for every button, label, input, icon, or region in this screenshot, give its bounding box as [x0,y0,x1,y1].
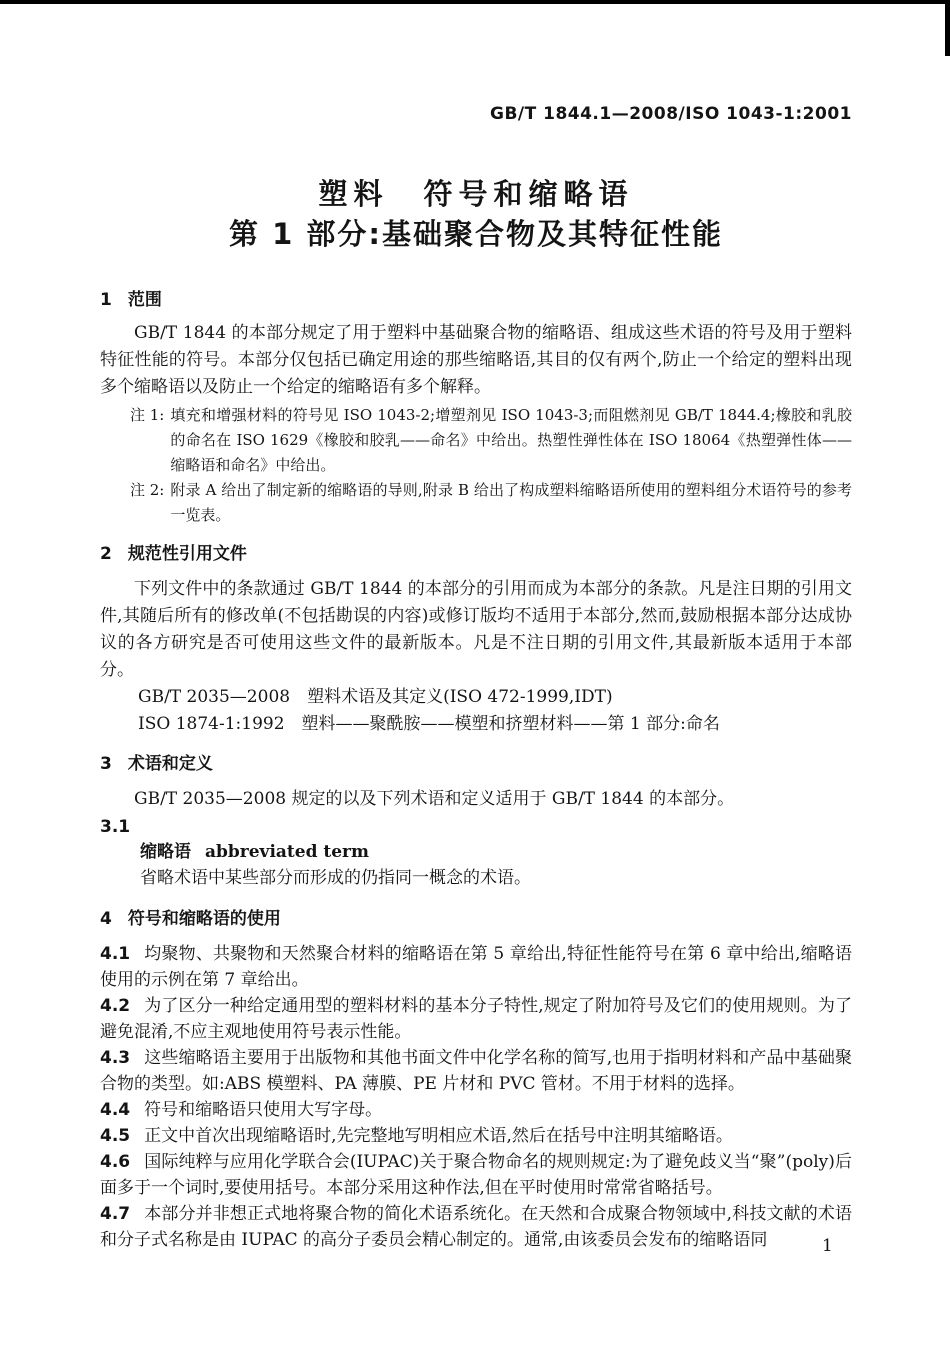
section-2-paragraph: 下列文件中的条款通过 GB/T 1844 的本部分的引用而成为本部分的条款。凡是… [100,576,852,684]
clause-4-3: 4.3这些缩略语主要用于出版物和其他书面文件中化学名称的简写,也用于指明材料和产… [100,1045,852,1097]
clause-4-7: 4.7本部分并非想正式地将聚合物的简化术语系统化。在天然和合成聚合物领域中,科技… [100,1201,852,1253]
note-1-label: 注 1: [130,403,164,478]
clause-3-1-number: 3.1 [100,815,852,840]
title-line-1: 塑料 符号和缩略语 [100,174,852,214]
clause-4-6-number: 4.6 [100,1152,130,1172]
clause-4-1-number: 4.1 [100,944,130,964]
note-2-text: 附录 A 给出了制定新的缩略语的导则,附录 B 给出了构成塑料缩略语所使用的塑料… [170,478,852,528]
clause-4-6-text: 国际纯粹与应用化学联合会(IUPAC)关于聚合物命名的规则规定:为了避免歧义当“… [100,1152,852,1198]
section-1-title: 范围 [128,290,162,310]
term-definition-text: 省略术语中某些部分而形成的仍指同一概念的术语。 [140,865,852,891]
section-4-title: 符号和缩略语的使用 [128,909,281,929]
clause-4-5-text: 正文中首次出现缩略语时,先完整地写明相应术语,然后在括号中注明其缩略语。 [144,1126,733,1146]
note-1: 注 1: 填充和增强材料的符号见 ISO 1043-2;增塑剂见 ISO 104… [130,403,852,478]
section-1-paragraph: GB/T 1844 的本部分规定了用于塑料中基础聚合物的缩略语、组成这些术语的符… [100,320,852,401]
clause-4-4: 4.4符号和缩略语只使用大写字母。 [100,1097,852,1123]
section-2-number: 2 [100,544,112,564]
clause-4-5: 4.5正文中首次出现缩略语时,先完整地写明相应术语,然后在括号中注明其缩略语。 [100,1123,852,1149]
clause-4-7-text: 本部分并非想正式地将聚合物的简化术语系统化。在天然和合成聚合物领域中,科技文献的… [100,1204,852,1250]
section-4-number: 4 [100,909,112,929]
term-english: abbreviated term [205,842,369,862]
section-1-number: 1 [100,290,112,310]
clause-4-2-text: 为了区分一种给定通用型的塑料材料的基本分子特性,规定了附加符号及它们的使用规则。… [100,996,852,1042]
standard-code: GB/T 1844.1—2008/ISO 1043-1:2001 [100,104,852,124]
clause-4-2: 4.2为了区分一种给定通用型的塑料材料的基本分子特性,规定了附加符号及它们的使用… [100,993,852,1045]
note-2-label: 注 2: [130,478,164,528]
clause-4-4-number: 4.4 [100,1100,130,1120]
reference-2: ISO 1874-1:1992 塑料——聚酰胺——模塑和挤塑材料——第 1 部分… [138,711,852,738]
clause-4-1-text: 均聚物、共聚物和天然聚合材料的缩略语在第 5 章给出,特征性能符号在第 6 章中… [100,944,852,990]
term-definition-heading: 缩略语abbreviated term [140,840,852,865]
page-number: 1 [822,1236,833,1256]
clause-4-6: 4.6国际纯粹与应用化学联合会(IUPAC)关于聚合物命名的规则规定:为了避免歧… [100,1149,852,1201]
section-2-heading: 2规范性引用文件 [100,544,852,564]
term-chinese: 缩略语 [140,842,191,862]
note-2: 注 2: 附录 A 给出了制定新的缩略语的导则,附录 B 给出了构成塑料缩略语所… [130,478,852,528]
title-line-2: 第 1 部分:基础聚合物及其特征性能 [100,214,852,254]
page-content: GB/T 1844.1—2008/ISO 1043-1:2001 塑料 符号和缩… [100,4,852,1253]
clause-4-5-number: 4.5 [100,1126,130,1146]
section-1-heading: 1范围 [100,290,852,310]
section-3-number: 3 [100,754,112,774]
clause-4-3-text: 这些缩略语主要用于出版物和其他书面文件中化学名称的简写,也用于指明材料和产品中基… [100,1048,852,1094]
reference-1: GB/T 2035—2008 塑料术语及其定义(ISO 472-1999,IDT… [138,684,852,711]
clause-4-7-number: 4.7 [100,1204,130,1224]
section-2-title: 规范性引用文件 [128,544,247,564]
section-4-heading: 4符号和缩略语的使用 [100,909,852,929]
clause-4-1: 4.1均聚物、共聚物和天然聚合材料的缩略语在第 5 章给出,特征性能符号在第 6… [100,941,852,993]
document-title: 塑料 符号和缩略语 第 1 部分:基础聚合物及其特征性能 [100,174,852,254]
document-page: GB/T 1844.1—2008/ISO 1043-1:2001 塑料 符号和缩… [0,0,950,1345]
section-3-heading: 3术语和定义 [100,754,852,774]
clause-4-2-number: 4.2 [100,996,130,1016]
section-3-paragraph: GB/T 2035—2008 规定的以及下列术语和定义适用于 GB/T 1844… [100,786,852,813]
scan-corner-mark [945,0,950,56]
section-3-title: 术语和定义 [128,754,213,774]
note-1-text: 填充和增强材料的符号见 ISO 1043-2;增塑剂见 ISO 1043-3;而… [170,403,852,478]
clause-4-4-text: 符号和缩略语只使用大写字母。 [144,1100,382,1120]
clause-4-3-number: 4.3 [100,1048,130,1068]
